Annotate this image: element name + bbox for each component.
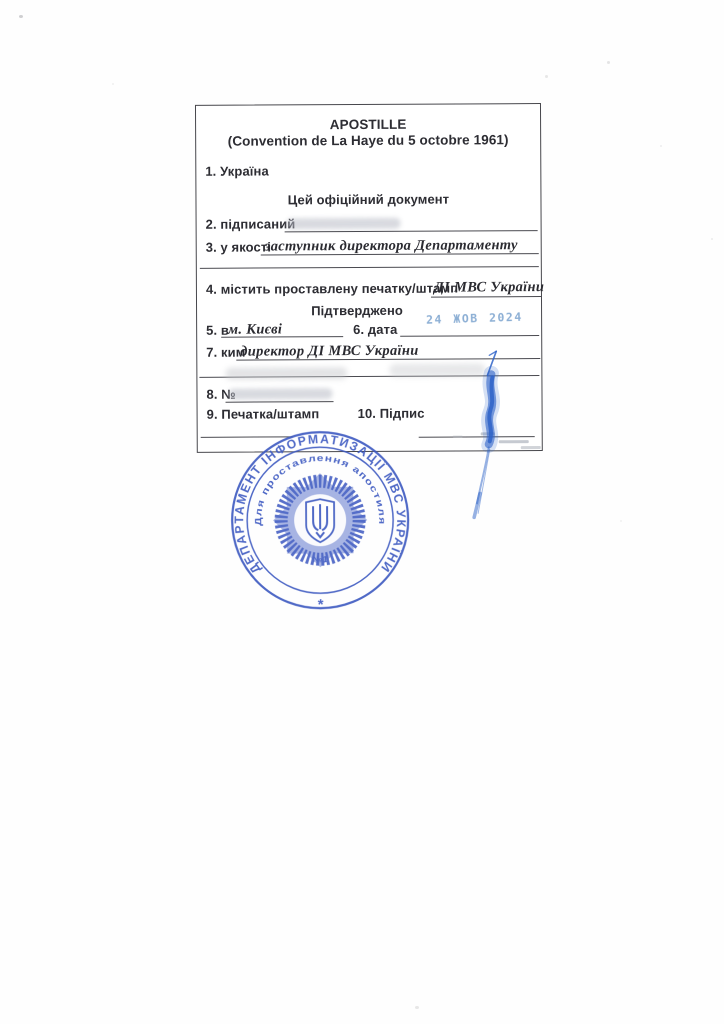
form-title: APOSTILLE: [196, 116, 540, 133]
field-4-label: 4. містить проставлену печатку/штамп: [206, 280, 458, 296]
field-4-underline: [431, 296, 541, 298]
stamp-badge-number: №1: [313, 554, 328, 564]
intro-line: Цей офіційний документ: [196, 191, 540, 208]
scanned-page: APOSTILLE (Convention de La Haye du 5 oc…: [0, 0, 724, 1024]
field-5-label: 5. в: [206, 323, 229, 338]
field-country: 1. Україна: [205, 163, 269, 178]
signature-ink: [450, 341, 527, 531]
field-2-underline: [285, 230, 538, 233]
continuation-line: [200, 266, 539, 269]
field-3-label: 3. у якості: [206, 239, 271, 254]
redacted-number: [228, 388, 332, 400]
field-9-label: 9. Печатка/штамп: [207, 406, 320, 422]
field-10-label: 10. Підпис: [358, 406, 425, 421]
field-6-label: 6. дата: [353, 322, 397, 337]
field-2-label: 2. підписаний: [206, 216, 296, 231]
form-subtitle: (Convention de La Haye du 5 octobre 1961…: [196, 132, 540, 149]
field-8-underline: [226, 401, 334, 403]
signature-blob-core: [489, 377, 493, 441]
document-sheet: APOSTILLE (Convention de La Haye du 5 oc…: [0, 0, 724, 1024]
redacted-name: [287, 218, 401, 230]
date-stamp: 24 ЖОВ 2024: [426, 310, 512, 327]
official-round-stamp: ДЕПАРТАМЕНТ ІНФОРМАТИЗАЦІЇ МВС УКРАЇНИ Д…: [225, 425, 416, 616]
signature-tail: [478, 449, 490, 513]
field-4-value: ДІ МВС України: [434, 279, 544, 297]
field-3-underline: [261, 253, 539, 256]
field-6-underline: [400, 335, 539, 337]
redaction-smudge: [225, 367, 347, 380]
stamp-separator-star: *: [318, 596, 324, 613]
